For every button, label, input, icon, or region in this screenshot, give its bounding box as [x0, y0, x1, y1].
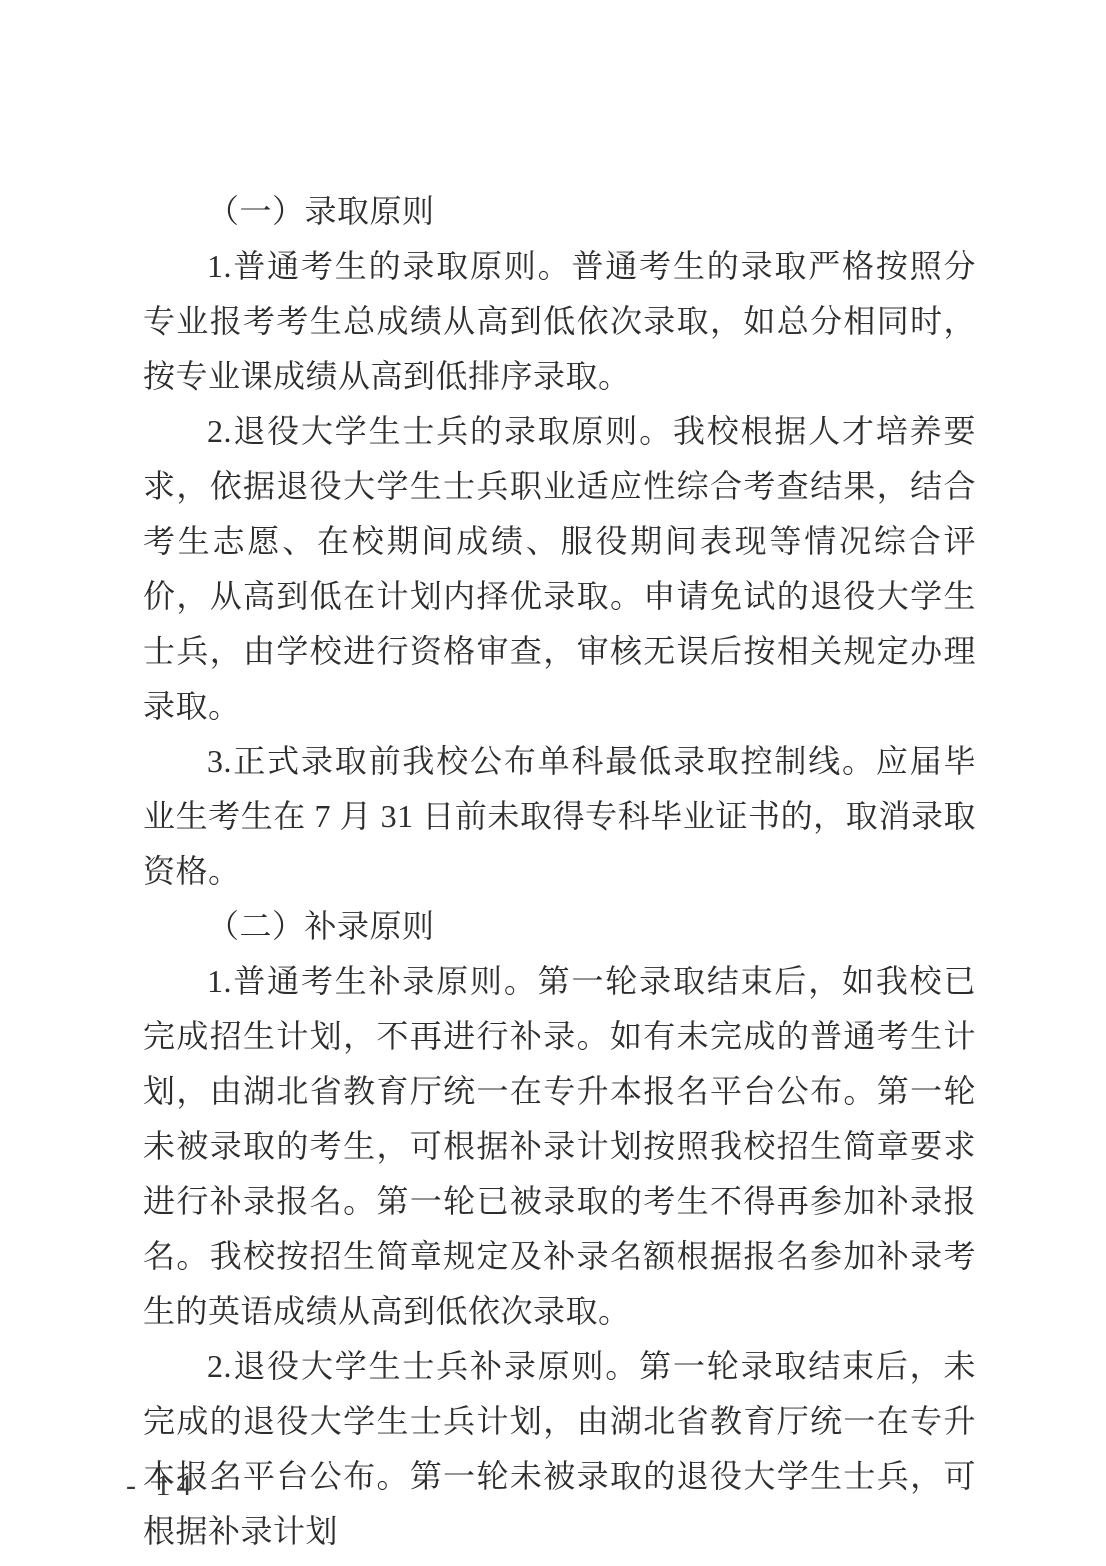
- section-heading-admission-principles: （一）录取原则: [143, 184, 976, 239]
- page-number: - 14 -: [126, 1469, 227, 1502]
- paragraph-ordinary-candidates-admission: 1.普通考生的录取原则。普通考生的录取严格按照分专业报考考生总成绩从高到低依次录…: [143, 239, 976, 404]
- page-footer: - 14 -: [126, 1468, 227, 1504]
- section-heading-supplementary-admission: （二）补录原则: [143, 899, 976, 954]
- document-page: （一）录取原则 1.普通考生的录取原则。普通考生的录取严格按照分专业报考考生总成…: [0, 0, 1106, 1566]
- paragraph-veteran-students-admission: 2.退役大学生士兵的录取原则。我校根据人才培养要求，依据退役大学生士兵职业适应性…: [143, 404, 976, 734]
- document-body: （一）录取原则 1.普通考生的录取原则。普通考生的录取严格按照分专业报考考生总成…: [143, 184, 976, 1559]
- paragraph-veteran-students-supplementary: 2.退役大学生士兵补录原则。第一轮录取结束后，未完成的退役大学生士兵计划，由湖北…: [143, 1339, 976, 1559]
- paragraph-ordinary-candidates-supplementary: 1.普通考生补录原则。第一轮录取结束后，如我校已完成招生计划，不再进行补录。如有…: [143, 954, 976, 1339]
- paragraph-minimum-control-line: 3.正式录取前我校公布单科最低录取控制线。应届毕业生考生在 7 月 31 日前未…: [143, 734, 976, 899]
